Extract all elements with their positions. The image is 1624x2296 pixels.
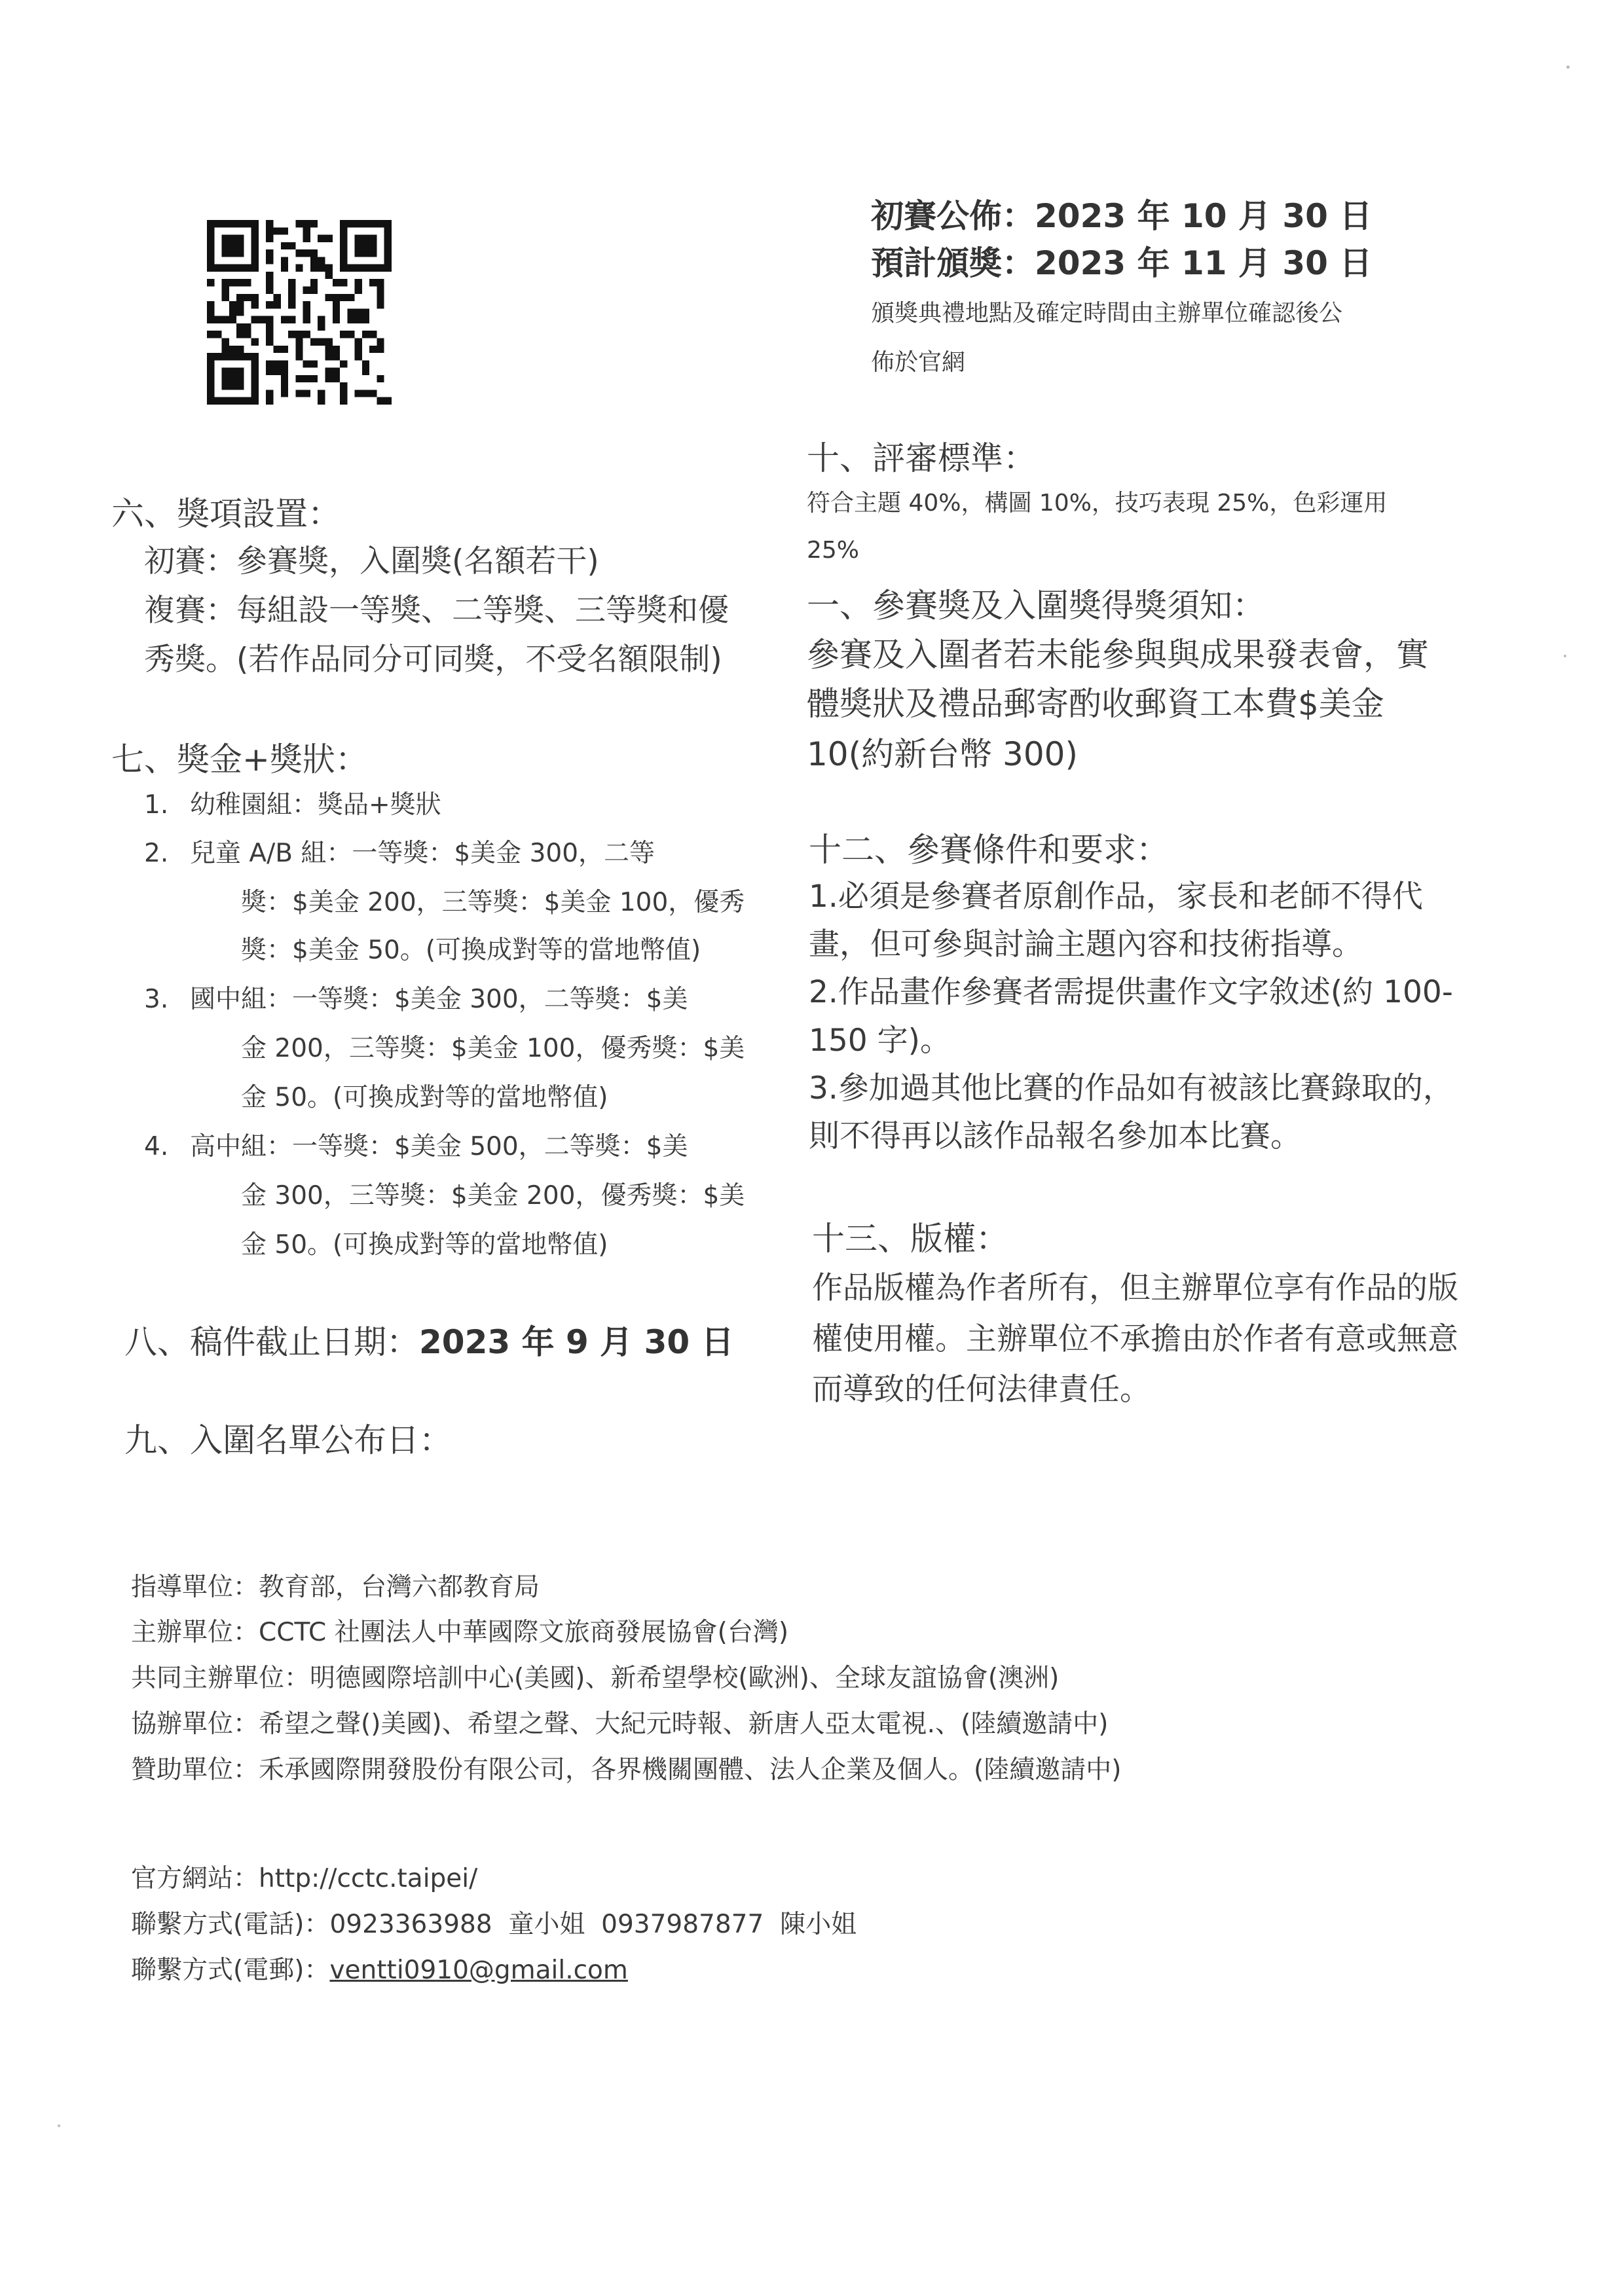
prize-item: 4.高中組：一等獎：$美金 500，二等獎：$美 [144,1126,688,1163]
qr-code-icon [207,220,392,405]
website-label: 官方網站： [131,1864,259,1893]
prize-item-number: 3. [144,985,190,1014]
prize-item: 3.國中組：一等獎：$美金 300，二等獎：$美 [144,979,688,1015]
judging-criteria-line1: 符合主題 40%，構圖 10%，技巧表現 25%，色彩運用 [807,484,1387,518]
prize-item-cont: 金 50。(可換成對等的當地幣值) [241,1224,608,1261]
qr-code[interactable] [207,220,392,405]
section13-heading: 十三、版權： [812,1212,1008,1260]
organizer-line: 主辦單位：CCTC 社團法人中華國際文旅商發展協會(台灣) [131,1612,788,1649]
prize-item-text: 國中組：一等獎：$美金 300，二等獎：$美 [190,985,688,1014]
phone-row: 聯繫方式(電話)：0923363988 童小姐 0937987877 陳小姐 [131,1904,857,1941]
section10-heading: 十、評審標準： [807,432,1036,479]
prelim-label: 初賽公佈： [871,197,1035,235]
prize-item-number: 1. [144,790,190,820]
deadline-label: 八、稿件截止日期： [124,1323,419,1361]
requirement-line: 150 字)。 [809,1016,951,1060]
email-row: 聯繫方式(電郵)：ventti0910@gmail.com [131,1950,628,1986]
prelim-announcement: 初賽公佈：2023 年 10 月 30 日 [871,190,1372,237]
prize-item-text: 兒童 A/B 組：一等獎：$美金 300，二等 [190,839,655,868]
prize-item-number: 4. [144,1132,190,1161]
requirement-line: 2.作品畫作參賽者需提供畫作文字敘述(約 100- [809,968,1453,1011]
requirement-line: 3.參加過其他比賽的作品如有被該比賽錄取的， [809,1064,1454,1108]
copyright-line: 作品版權為作者所有，但主辦單位享有作品的版 [812,1264,1458,1307]
organizer-line: 共同主辦單位：明德國際培訓中心(美國)、新希望學校(歐洲)、全球友誼協會(澳洲) [131,1658,1059,1694]
prize-item-number: 2. [144,839,190,868]
prize-item-cont: 金 300，三等獎：$美金 200，優秀獎：$美 [241,1175,745,1212]
scan-speck [58,2124,60,2127]
award-date: 2023 年 11 月 30 日 [1035,244,1372,282]
prize-item: 2.兒童 A/B 組：一等獎：$美金 300，二等 [144,833,655,869]
section6-heading: 六、獎項設置： [111,488,341,535]
organizer-line: 贊助單位：禾承國際開發股份有限公司，各界機關團體、法人企業及個人。(陸續邀請中) [131,1749,1121,1786]
section11-line: 參賽及入圍者若未能參與與成果發表會，實 [807,629,1429,676]
copyright-line: 而導致的任何法律責任。 [812,1365,1151,1409]
section11-heading: 一、參賽獎及入圍獎得獎須知： [807,579,1265,627]
phone-label: 聯繫方式(電話)： [131,1910,329,1939]
email-link[interactable]: ventti0910@gmail.com [329,1956,627,1985]
judging-criteria-line2: 25% [807,537,859,564]
section6-line: 初賽：參賽獎，入圍獎(名額若干) [144,537,599,581]
prize-item-cont: 金 50。(可換成對等的當地幣值) [241,1077,608,1114]
finalist-announcement-label: 九、入圍名單公布日： [124,1414,452,1461]
organizer-line: 指導單位：教育部，台灣六都教育局 [131,1567,540,1603]
award-label: 預計頒獎： [871,244,1035,282]
organizer-line: 協辦單位：希望之聲()美國)、希望之聲、大紀元時報、新唐人亞太電視.、(陸續邀請… [131,1704,1108,1740]
prize-item-text: 高中組：一等獎：$美金 500，二等獎：$美 [190,1132,688,1161]
requirement-line: 畫，但可參與討論主題內容和技術指導。 [809,920,1363,964]
ceremony-note-line1: 頒獎典禮地點及確定時間由主辦單位確認後公 [871,295,1342,328]
section6-line: 複賽：每組設一等獎、二等獎、三等獎和優 [144,586,729,630]
deadline-date: 2023 年 9 月 30 日 [419,1323,734,1361]
section7-heading: 七、獎金+獎狀： [111,733,368,780]
website-link[interactable]: http://cctc.taipei/ [259,1864,477,1893]
copyright-line: 權使用權。主辦單位不承擔由於作者有意或無意 [812,1315,1458,1358]
prize-item: 1.幼稚園組：獎品+獎狀 [144,784,441,821]
submission-deadline: 八、稿件截止日期：2023 年 9 月 30 日 [124,1316,734,1363]
award-ceremony-date: 預計頒獎：2023 年 11 月 30 日 [871,237,1372,284]
prelim-date: 2023 年 10 月 30 日 [1035,197,1372,235]
email-label: 聯繫方式(電郵)： [131,1956,329,1985]
section12-heading: 十二、參賽條件和要求： [809,824,1169,871]
section6-line: 秀獎。(若作品同分可同獎，不受名額限制) [144,635,722,679]
prize-item-text: 幼稚園組：獎品+獎狀 [190,790,441,820]
requirement-line: 則不得再以該作品報名參加本比賽。 [809,1112,1301,1156]
prize-item-cont: 金 200，三等獎：$美金 100，優秀獎：$美 [241,1028,745,1065]
requirement-line: 1.必須是參賽者原創作品，家長和老師不得代 [809,872,1423,916]
prize-item-cont: 獎：$美金 200，三等獎：$美金 100，優秀 [241,882,745,919]
section11-line: 10(約新台幣 300) [807,728,1078,775]
website-row: 官方網站：http://cctc.taipei/ [131,1858,477,1895]
phone-numbers: 0923363988 童小姐 0937987877 陳小姐 [329,1910,857,1939]
prize-item-cont: 獎：$美金 50。(可換成對等的當地幣值) [241,930,701,966]
section11-line: 體獎狀及禮品郵寄酌收郵資工本費$美金 [807,678,1384,725]
scan-speck [1566,65,1570,69]
scan-speck [1564,655,1566,657]
ceremony-note-line2: 佈於官網 [871,344,965,377]
